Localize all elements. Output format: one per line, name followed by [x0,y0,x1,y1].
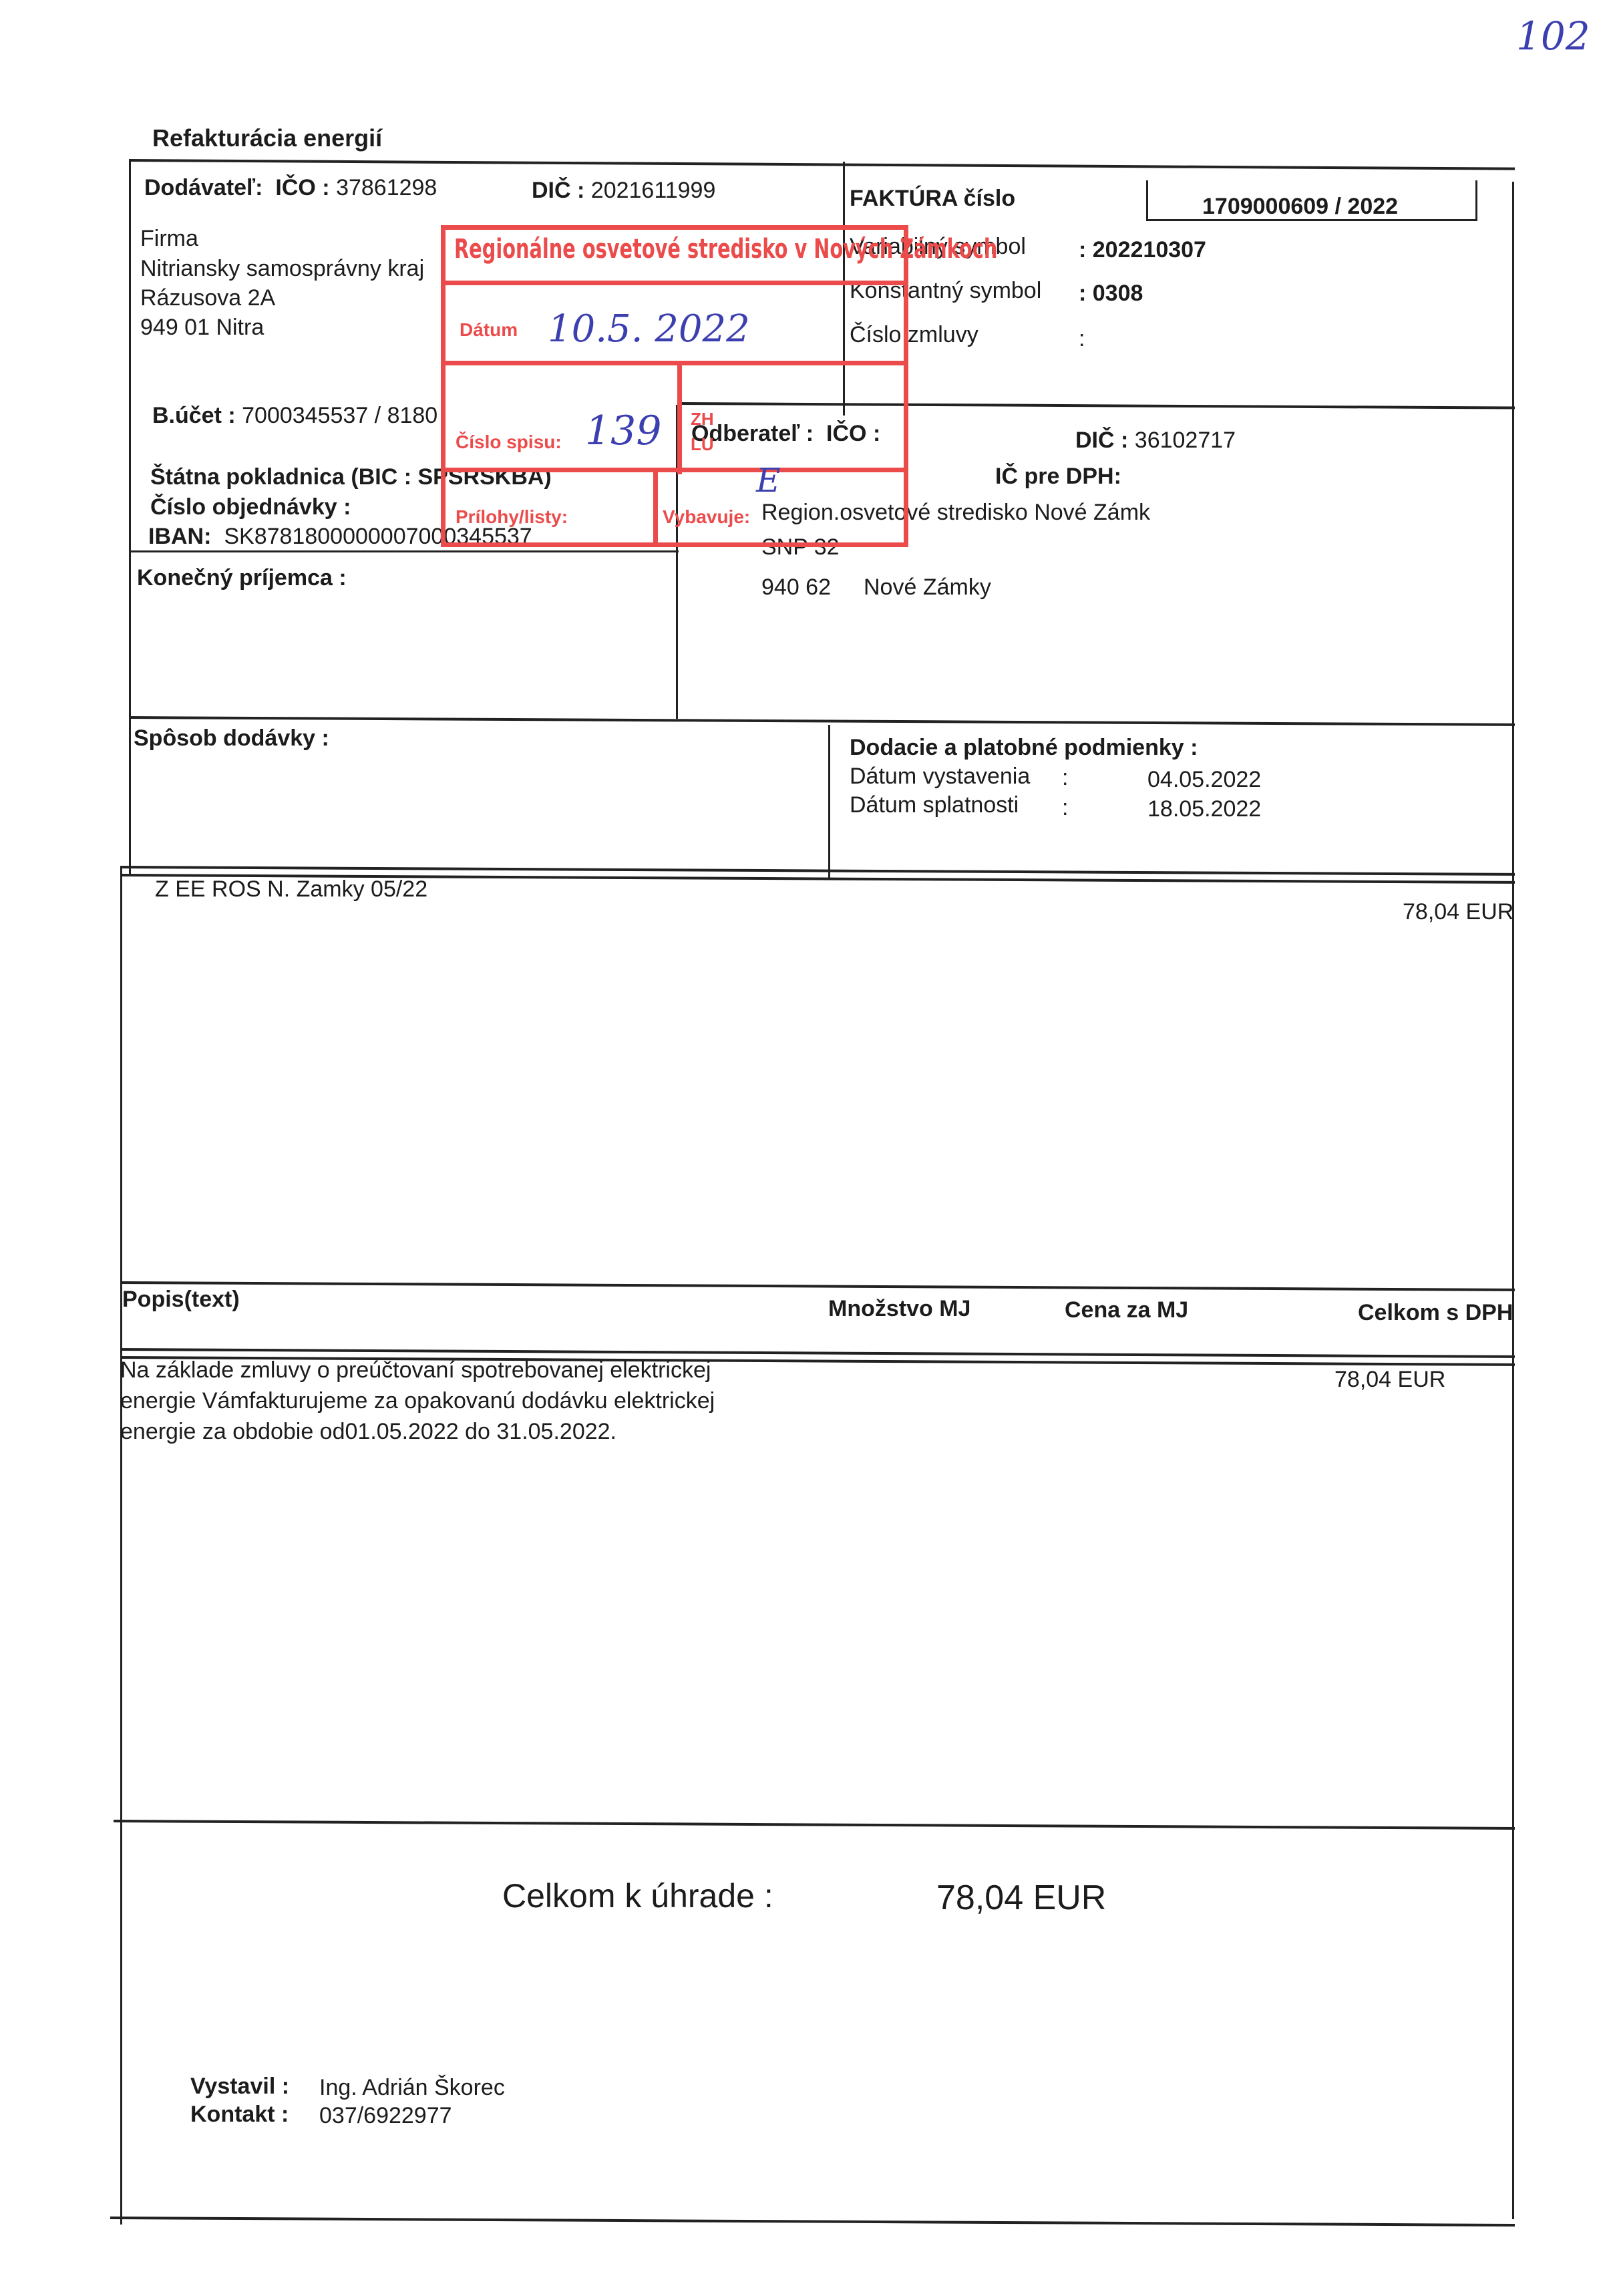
stamp-divider-2 [441,361,908,365]
stamp-file-number-value: 139 [585,407,662,454]
frame-left-lower [120,868,122,2225]
stamp-divider-3 [441,468,908,472]
total-amount: 78,04 EUR [936,1878,1106,1919]
delivery-terms-label: Dodacie a platobné podmienky : [850,735,1198,761]
supplier-label: Dodávateľ: [144,175,262,200]
stamp-header: Regionálne osvetové stredisko v Nových Z… [454,234,997,265]
frame-bottom [110,2217,1515,2227]
customer-vat-id-label: IČ pre DPH: [995,464,1121,490]
column-header-unit-price: Cena za MJ [1065,1297,1188,1323]
stamp-divider-1 [441,281,908,285]
supplier-ico: 37861298 [336,175,437,200]
contract-number: : [1079,326,1085,352]
total-label: Celkom k úhrade : [502,1877,773,1916]
contact: 037/6922977 [319,2103,452,2129]
customer-city: Nové Zámky [864,575,991,601]
supplier-name-line-2: Nitriansky samosprávny kraj [140,256,424,282]
issue-date-colon: : [1062,765,1068,791]
handwritten-page-number: 102 [1516,13,1590,59]
document-title: Refakturácia energií [152,124,382,152]
supplier-header: Dodávateľ: IČO : 37861298 [144,175,437,201]
divider-delivery-top [129,716,1515,726]
issue-date: 04.05.2022 [1147,767,1261,793]
column-header-total: Celkom s DPH [1358,1300,1513,1326]
due-date: 18.05.2022 [1147,796,1261,822]
due-date-label: Dátum splatnosti [850,792,1019,818]
supplier-name-line-1: Firma [140,226,198,252]
item-description-line-1: Na základe zmluvy o preúčtovaní spotrebo… [120,1357,711,1383]
registry-stamp [441,225,908,547]
frame-left [129,159,131,874]
contact-label: Kontakt : [190,2102,289,2128]
stamp-lu: LU [691,434,714,455]
frame-top [129,159,1515,170]
frame-right [1512,182,1514,2219]
item-description-line-3: energie za obdobie od01.05.2022 do 31.05… [120,1419,616,1445]
supplier-name-line-4: 949 01 Nitra [140,315,264,341]
supplier-ico-label: IČO : [275,175,329,200]
final-recipient-label: Konečný príjemca : [137,565,347,591]
stamp-attachments-label: Prílohy/listy: [456,506,568,528]
stamp-date-value: 10.5. 2022 [548,307,750,351]
supplier-dic: DIČ : 2021611999 [532,178,715,204]
constant-symbol: : 0308 [1079,281,1143,307]
column-header-quantity: Množstvo MJ [828,1296,970,1322]
item-description-line-2: energie Vámfakturujeme za opakovanú dodá… [120,1388,715,1414]
reference-amount: 78,04 EUR [1403,899,1513,925]
item-total: 78,04 EUR [1334,1367,1445,1393]
customer-dic: DIČ : 36102717 [1075,428,1236,454]
issued-by: Ing. Adrián Škorec [319,2075,505,2101]
supplier-order-number-label: Číslo objednávky : [150,494,351,520]
divider-delivery-middle [828,725,830,878]
invoice-number: 1709000609 / 2022 [1202,194,1398,220]
due-date-colon: : [1062,795,1068,821]
issued-by-label: Vystavil : [190,2074,289,2100]
stamp-date-label: Dátum [460,319,518,341]
divider-total-top [114,1820,1515,1830]
stamp-divider-v1 [677,361,682,474]
reference-text: Z EE ROS N. Zamky 05/22 [155,876,427,903]
supplier-name-line-3: Rázusova 2A [140,285,275,311]
variable-symbol: : 202210307 [1079,237,1206,263]
stamp-handled-by-value: E [756,461,781,500]
stamp-file-number-label: Číslo spisu: [456,432,562,453]
divider-iban [129,550,679,552]
invoice-label: FAKTÚRA číslo [850,186,1015,212]
issue-date-label: Dátum vystavenia [850,764,1030,790]
stamp-zh: ZH [691,409,714,430]
customer-zip: 940 62 [761,575,831,601]
supplier-bank-account: B.účet : 7000345537 / 8180 [152,403,437,429]
stamp-divider-v2 [653,468,658,546]
stamp-handled-by-label: Vybavuje: [663,506,750,528]
delivery-method-label: Spôsob dodávky : [134,725,329,752]
column-header-description: Popis(text) [122,1287,240,1313]
table-header-top [120,1281,1515,1291]
